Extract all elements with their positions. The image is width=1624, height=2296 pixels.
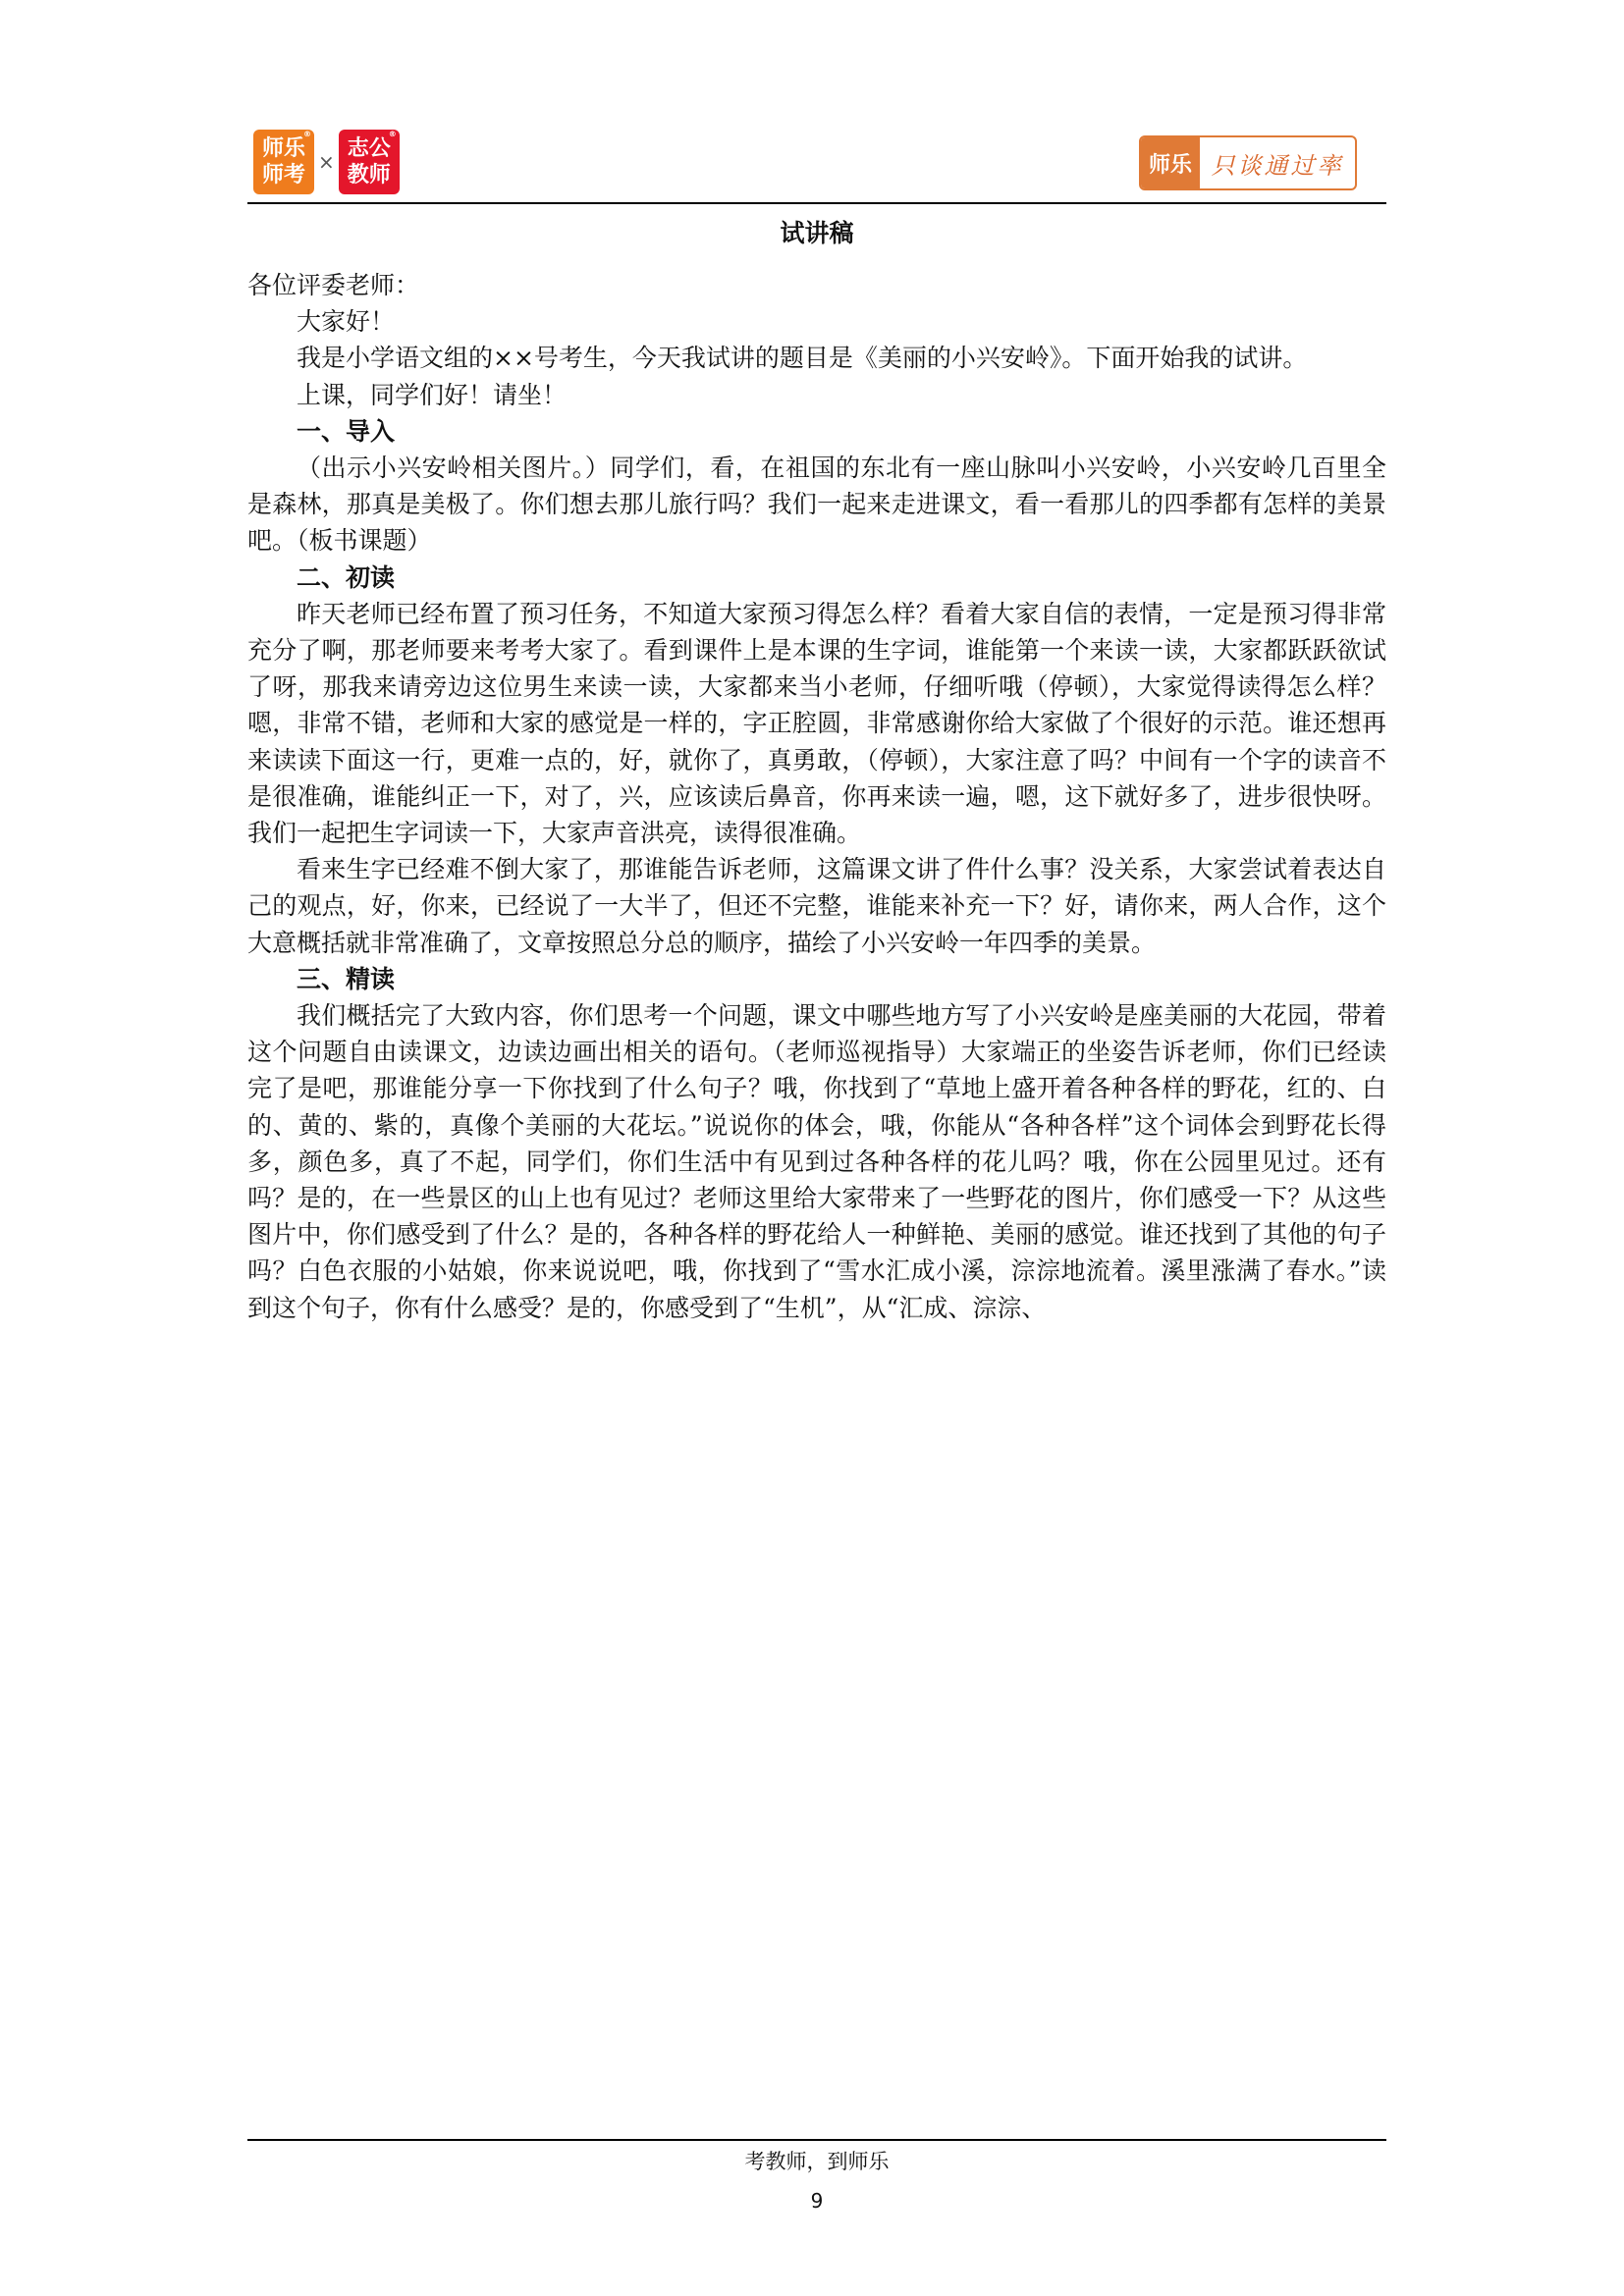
footer-divider bbox=[247, 2139, 1386, 2141]
registered-mark: ® bbox=[303, 131, 311, 138]
footer-slogan: 考教师，到师乐 bbox=[247, 2146, 1386, 2175]
greeting: 大家好！ bbox=[247, 303, 1386, 340]
registered-mark: ® bbox=[389, 131, 397, 138]
intro-paragraph: 我是小学语文组的××号考生，今天我试讲的题目是《美丽的小兴安岭》。下面开始我的试… bbox=[247, 340, 1386, 376]
salutation: 各位评委老师： bbox=[247, 267, 1386, 303]
logo-line-2: 教师 bbox=[348, 162, 391, 188]
logo-line-1: 志公 bbox=[348, 135, 391, 162]
paragraph: 昨天老师已经布置了预习任务，不知道大家预习得怎么样？看着大家自信的表情，一定是预… bbox=[247, 596, 1386, 851]
brand-label: 师乐 bbox=[1141, 137, 1200, 188]
logo-line-1: 师乐 bbox=[262, 135, 305, 162]
page-header: 师乐 师考 ® × 志公 教师 ® 师乐 只谈通过率 bbox=[247, 126, 1386, 200]
shile-shikao-logo: 师乐 师考 ® bbox=[253, 130, 314, 194]
page-number: 9 bbox=[247, 2189, 1386, 2213]
paragraph: 看来生字已经难不倒大家了，那谁能告诉老师，这篇课文讲了件什么事？没关系，大家尝试… bbox=[247, 851, 1386, 961]
section-heading-intro: 一、导入 bbox=[247, 413, 1386, 450]
shile-slogan-logo: 师乐 只谈通过率 bbox=[1139, 135, 1357, 190]
class-start: 上课，同学们好！请坐！ bbox=[247, 377, 1386, 413]
zhigong-jiaoshi-logo: 志公 教师 ® bbox=[339, 130, 400, 194]
paragraph: （出示小兴安岭相关图片。）同学们，看，在祖国的东北有一座山脉叫小兴安岭，小兴安岭… bbox=[247, 450, 1386, 560]
paragraph: 我们概括完了大致内容，你们思考一个问题，课文中哪些地方写了小兴安岭是座美丽的大花… bbox=[247, 997, 1386, 1326]
section-heading-first-reading: 二、初读 bbox=[247, 560, 1386, 596]
header-divider bbox=[247, 202, 1386, 204]
partner-logos: 师乐 师考 ® × 志公 教师 ® bbox=[253, 130, 400, 194]
logo-line-2: 师考 bbox=[262, 162, 305, 188]
document-title: 试讲稿 bbox=[247, 214, 1386, 249]
times-icon: × bbox=[318, 150, 335, 174]
slogan-text: 只谈通过率 bbox=[1200, 137, 1355, 188]
section-heading-close-reading: 三、精读 bbox=[247, 961, 1386, 997]
document-body: 各位评委老师： 大家好！ 我是小学语文组的××号考生，今天我试讲的题目是《美丽的… bbox=[247, 267, 1386, 1326]
